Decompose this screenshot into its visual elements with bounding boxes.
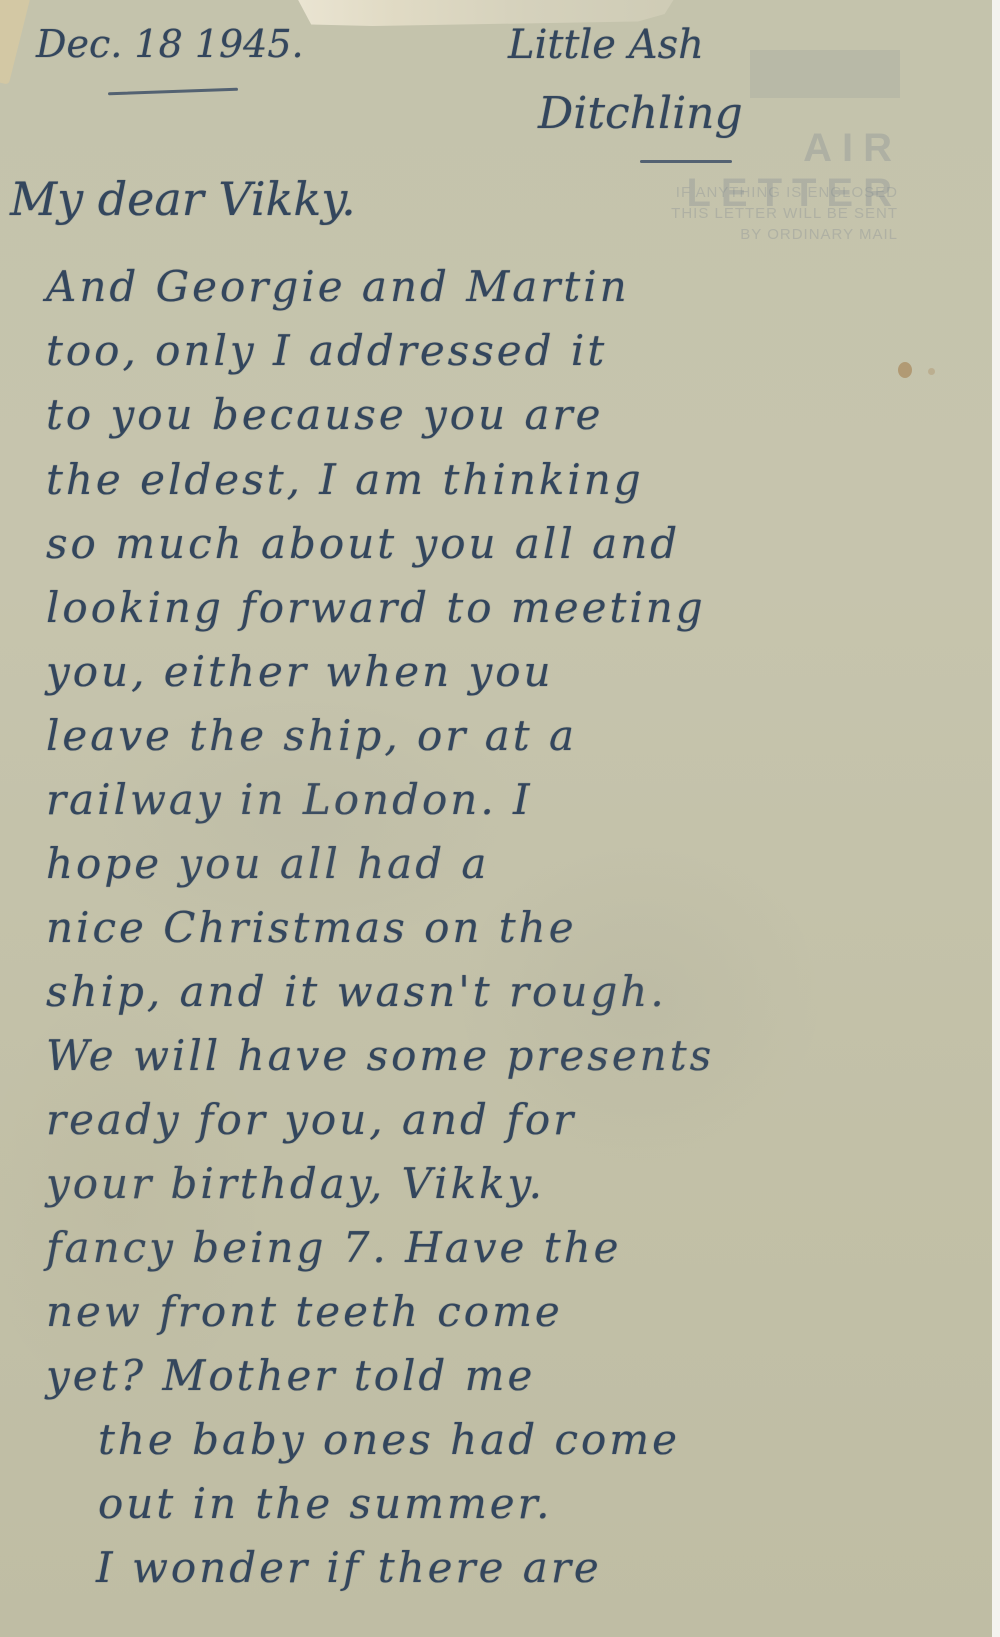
body-line: ready for you, and for bbox=[46, 1095, 576, 1144]
body-line: the eldest, I am thinking bbox=[46, 455, 644, 504]
stamp-box-outline bbox=[750, 50, 900, 98]
body-line: too, only I addressed it bbox=[46, 326, 607, 375]
body-line: railway in London. I bbox=[46, 775, 533, 824]
body-line: to you because you are bbox=[46, 390, 603, 439]
date-underline bbox=[108, 88, 238, 96]
body-line: fancy being 7. Have the bbox=[46, 1223, 622, 1272]
body-line: I wonder if there are bbox=[96, 1543, 602, 1592]
body-line: ship, and it wasn't rough. bbox=[46, 967, 667, 1016]
address-line-1: Little Ash bbox=[508, 22, 704, 68]
foxing-spot bbox=[928, 368, 935, 375]
body-line: looking forward to meeting bbox=[46, 583, 706, 632]
body-line: out in the summer. bbox=[98, 1479, 552, 1528]
body-line: new front teeth come bbox=[46, 1287, 563, 1336]
air-letter-print-bleedthrough: AIR LETTER IF ANYTHING IS ENCLOSED THIS … bbox=[592, 40, 912, 260]
body-line: yet? Mother told me bbox=[46, 1351, 535, 1400]
note-line: BY ORDINARY MAIL bbox=[588, 224, 898, 245]
note-line: IF ANYTHING IS ENCLOSED bbox=[588, 182, 898, 203]
letter-page: AIR LETTER IF ANYTHING IS ENCLOSED THIS … bbox=[0, 0, 992, 1637]
salutation: My dear Vikky. bbox=[10, 172, 356, 226]
body-line: hope you all had a bbox=[46, 839, 489, 888]
body-line: And Georgie and Martin bbox=[46, 262, 630, 311]
body-line: the baby ones had come bbox=[98, 1415, 680, 1464]
body-line: so much about you all and bbox=[46, 519, 680, 568]
body-line: nice Christmas on the bbox=[46, 903, 577, 952]
body-line: you, either when you bbox=[46, 647, 554, 696]
address-underline bbox=[640, 160, 732, 163]
body-line: your birthday, Vikky. bbox=[46, 1159, 545, 1208]
tape-strip-left bbox=[0, 0, 30, 85]
letter-date: Dec. 18 1945. bbox=[36, 22, 304, 66]
note-line: THIS LETTER WILL BE SENT bbox=[588, 203, 898, 224]
body-line: leave the ship, or at a bbox=[46, 711, 577, 760]
foxing-spot bbox=[898, 362, 912, 378]
address-line-2: Ditchling bbox=[538, 88, 743, 139]
air-letter-note: IF ANYTHING IS ENCLOSED THIS LETTER WILL… bbox=[588, 182, 898, 245]
body-line: We will have some presents bbox=[46, 1031, 714, 1080]
